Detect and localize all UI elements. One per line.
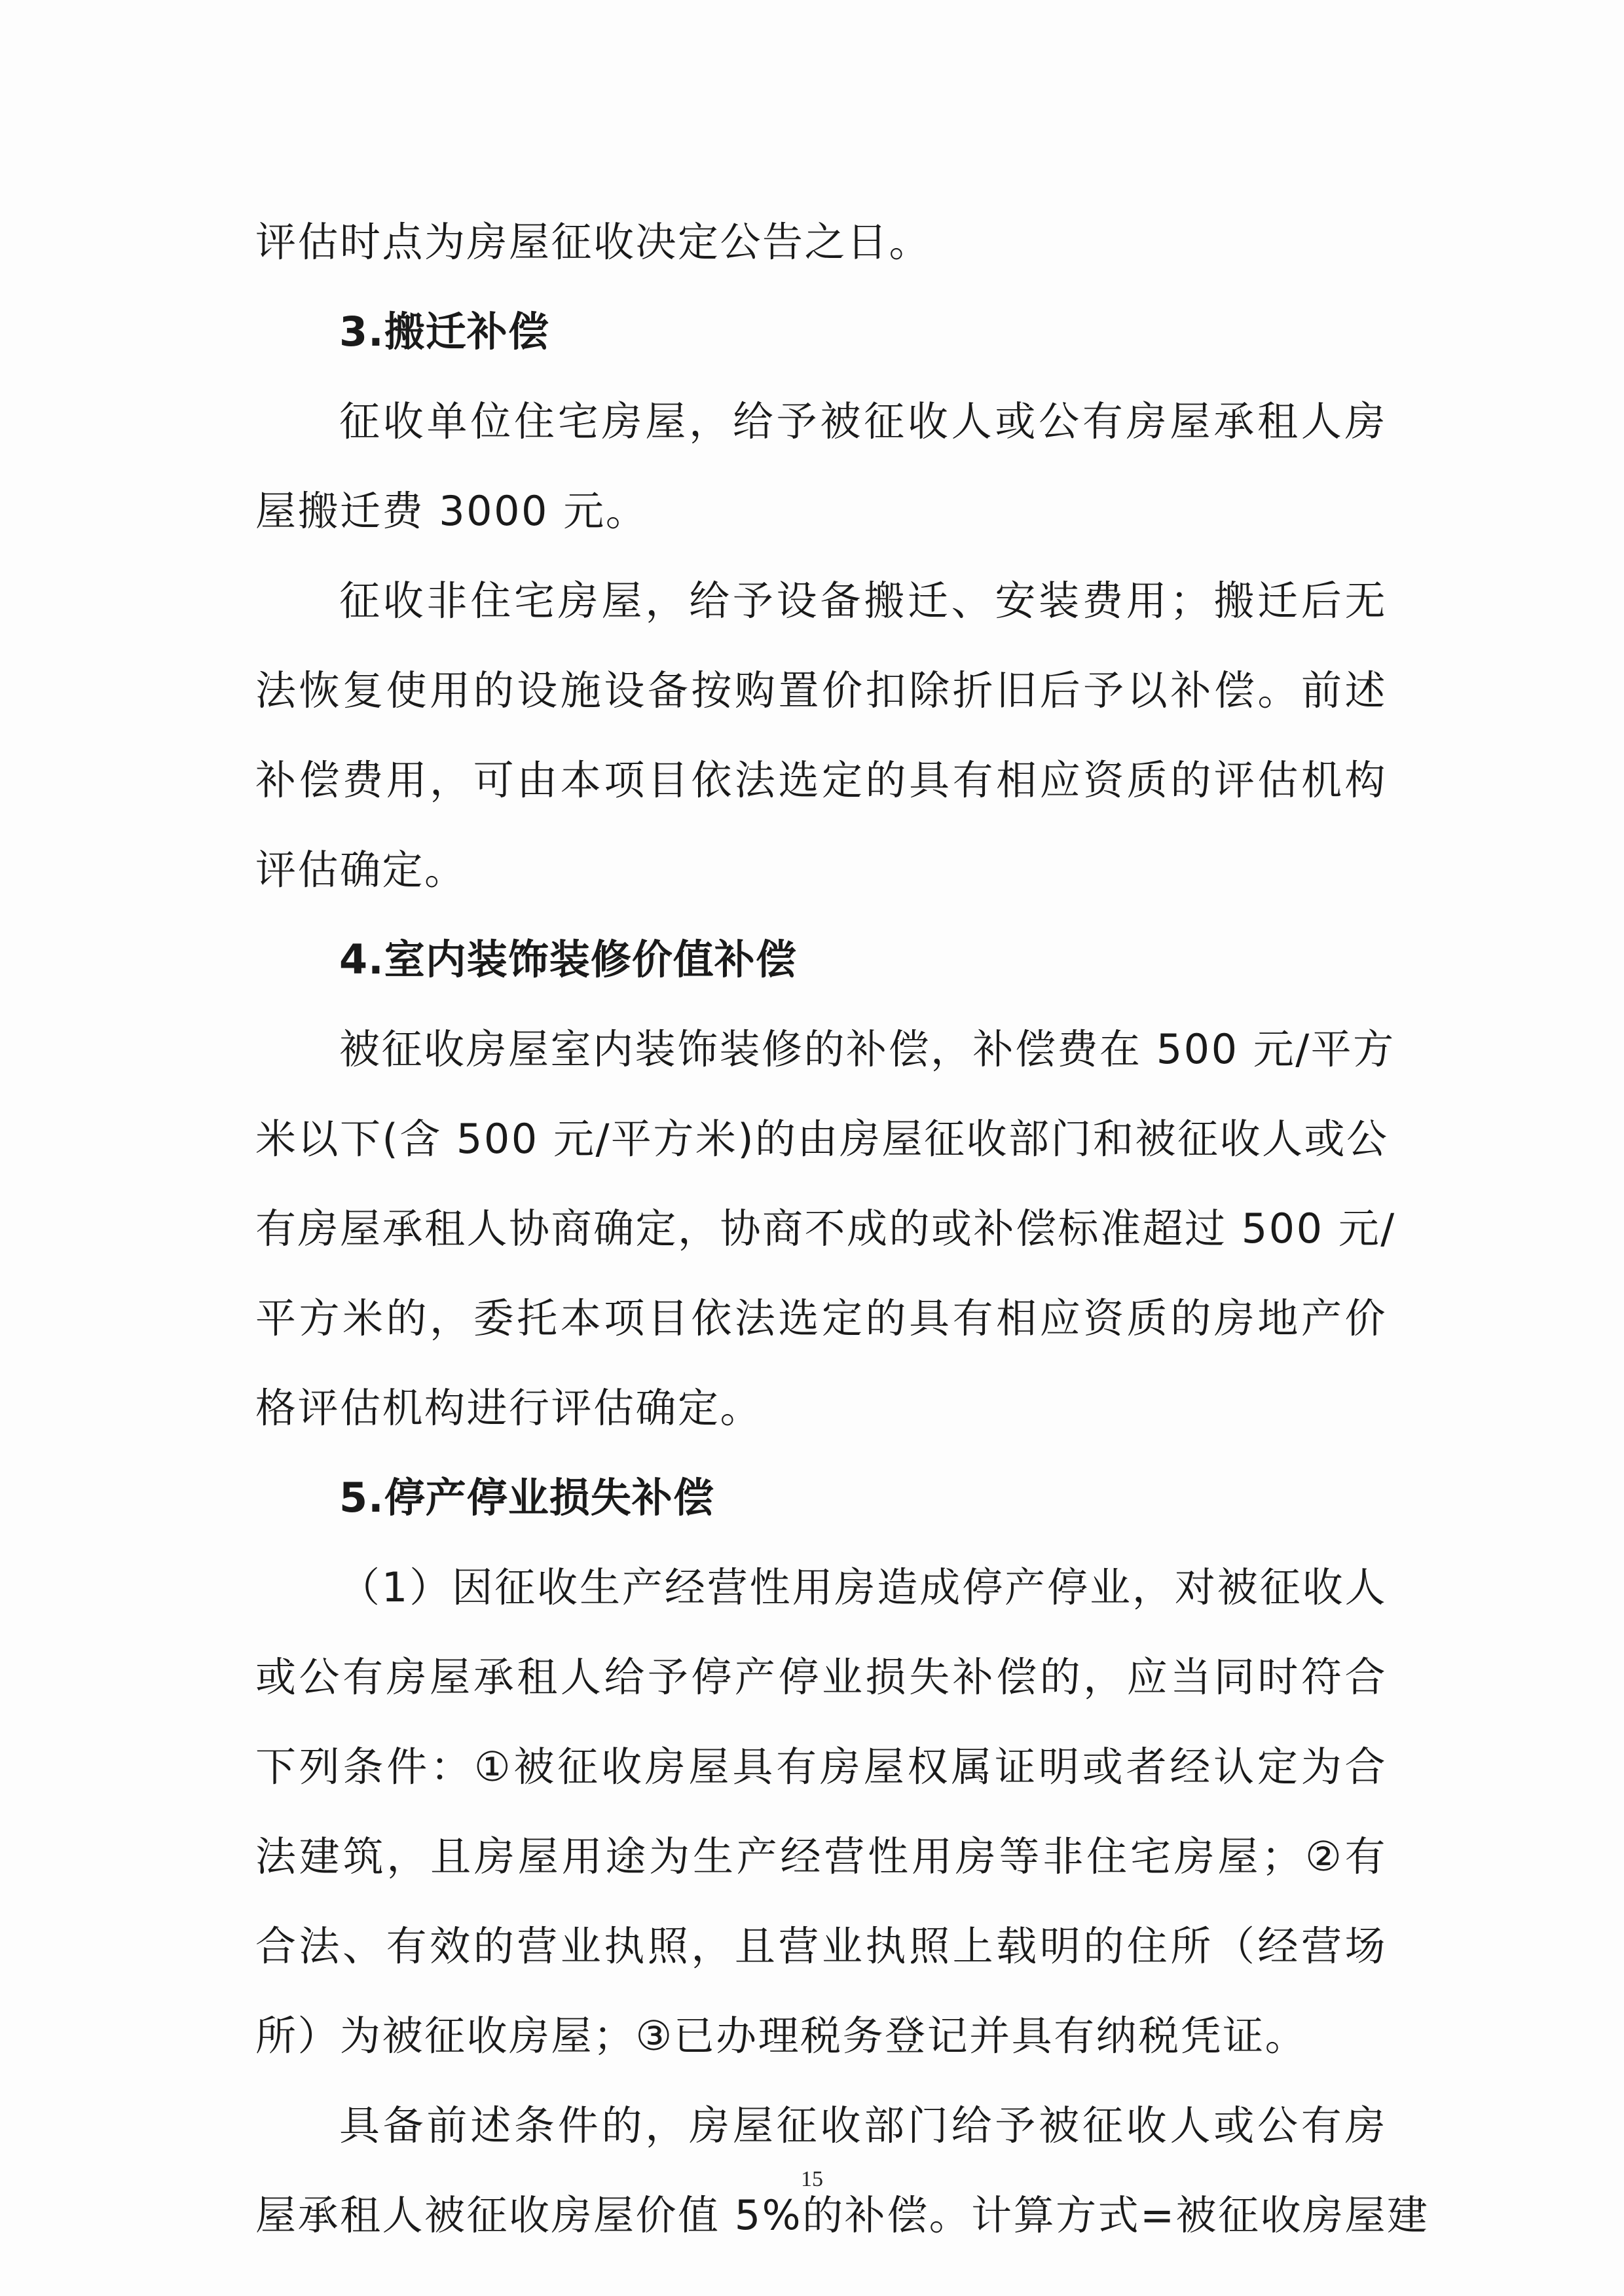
paragraph-line: 下列条件：①被征收房屋具有房屋权属证明或者经认定为合 <box>255 1741 1387 1793</box>
paragraph-line: （1）因征收生产经营性用房造成停产停业，对被征收人 <box>339 1561 1387 1614</box>
paragraph-line: 屋承租人被征收房屋价值 5%的补偿。计算方式=被征收房屋建 <box>255 2189 1387 2242</box>
paragraph-line: 屋搬迁费 3000 元。 <box>255 485 1387 538</box>
paragraph-line: 合法、有效的营业执照，且营业执照上载明的住所（经营场 <box>255 1920 1387 1973</box>
paragraph-line: 有房屋承租人协商确定，协商不成的或补偿标准超过 500 元/ <box>255 1203 1387 1255</box>
paragraph-line: 评估时点为房屋征收决定公告之日。 <box>255 216 1387 268</box>
paragraph-line: 法恢复使用的设施设备按购置价扣除折旧后予以补偿。前述 <box>255 665 1387 717</box>
page-number: 15 <box>0 2167 1624 2192</box>
section-heading-decoration: 4.室内装饰装修价值补偿 <box>339 934 1387 986</box>
paragraph-line: 具备前述条件的，房屋征收部门给予被征收人或公有房 <box>339 2100 1387 2152</box>
section-heading-relocation: 3.搬迁补偿 <box>339 306 1387 358</box>
paragraph-line: 法建筑，且房屋用途为生产经营性用房等非住宅房屋；②有 <box>255 1831 1387 1883</box>
paragraph-line: 米以下(含 500 元/平方米)的由房屋征收部门和被征收人或公 <box>255 1113 1387 1165</box>
section-heading-business-loss: 5.停产停业损失补偿 <box>339 1472 1387 1524</box>
paragraph-line: 或公有房屋承租人给予停产停业损失补偿的，应当同时符合 <box>255 1651 1387 1704</box>
paragraph-line: 征收非住宅房屋，给予设备搬迁、安装费用；搬迁后无 <box>339 575 1387 627</box>
paragraph-line: 所）为被征收房屋；③已办理税务登记并具有纳税凭证。 <box>255 2010 1387 2062</box>
paragraph-line: 被征收房屋室内装饰装修的补偿，补偿费在 500 元/平方 <box>339 1023 1387 1076</box>
paragraph-line: 格评估机构进行评估确定。 <box>255 1382 1387 1434</box>
paragraph-line: 补偿费用，可由本项目依法选定的具有相应资质的评估机构 <box>255 754 1387 807</box>
document-page: 评估时点为房屋征收决定公告之日。 3.搬迁补偿 征收单位住宅房屋，给予被征收人或… <box>0 0 1624 2296</box>
paragraph-line: 评估确定。 <box>255 844 1387 896</box>
paragraph-line: 征收单位住宅房屋，给予被征收人或公有房屋承租人房 <box>339 395 1387 448</box>
paragraph-line: 平方米的，委托本项目依法选定的具有相应资质的房地产价 <box>255 1292 1387 1345</box>
